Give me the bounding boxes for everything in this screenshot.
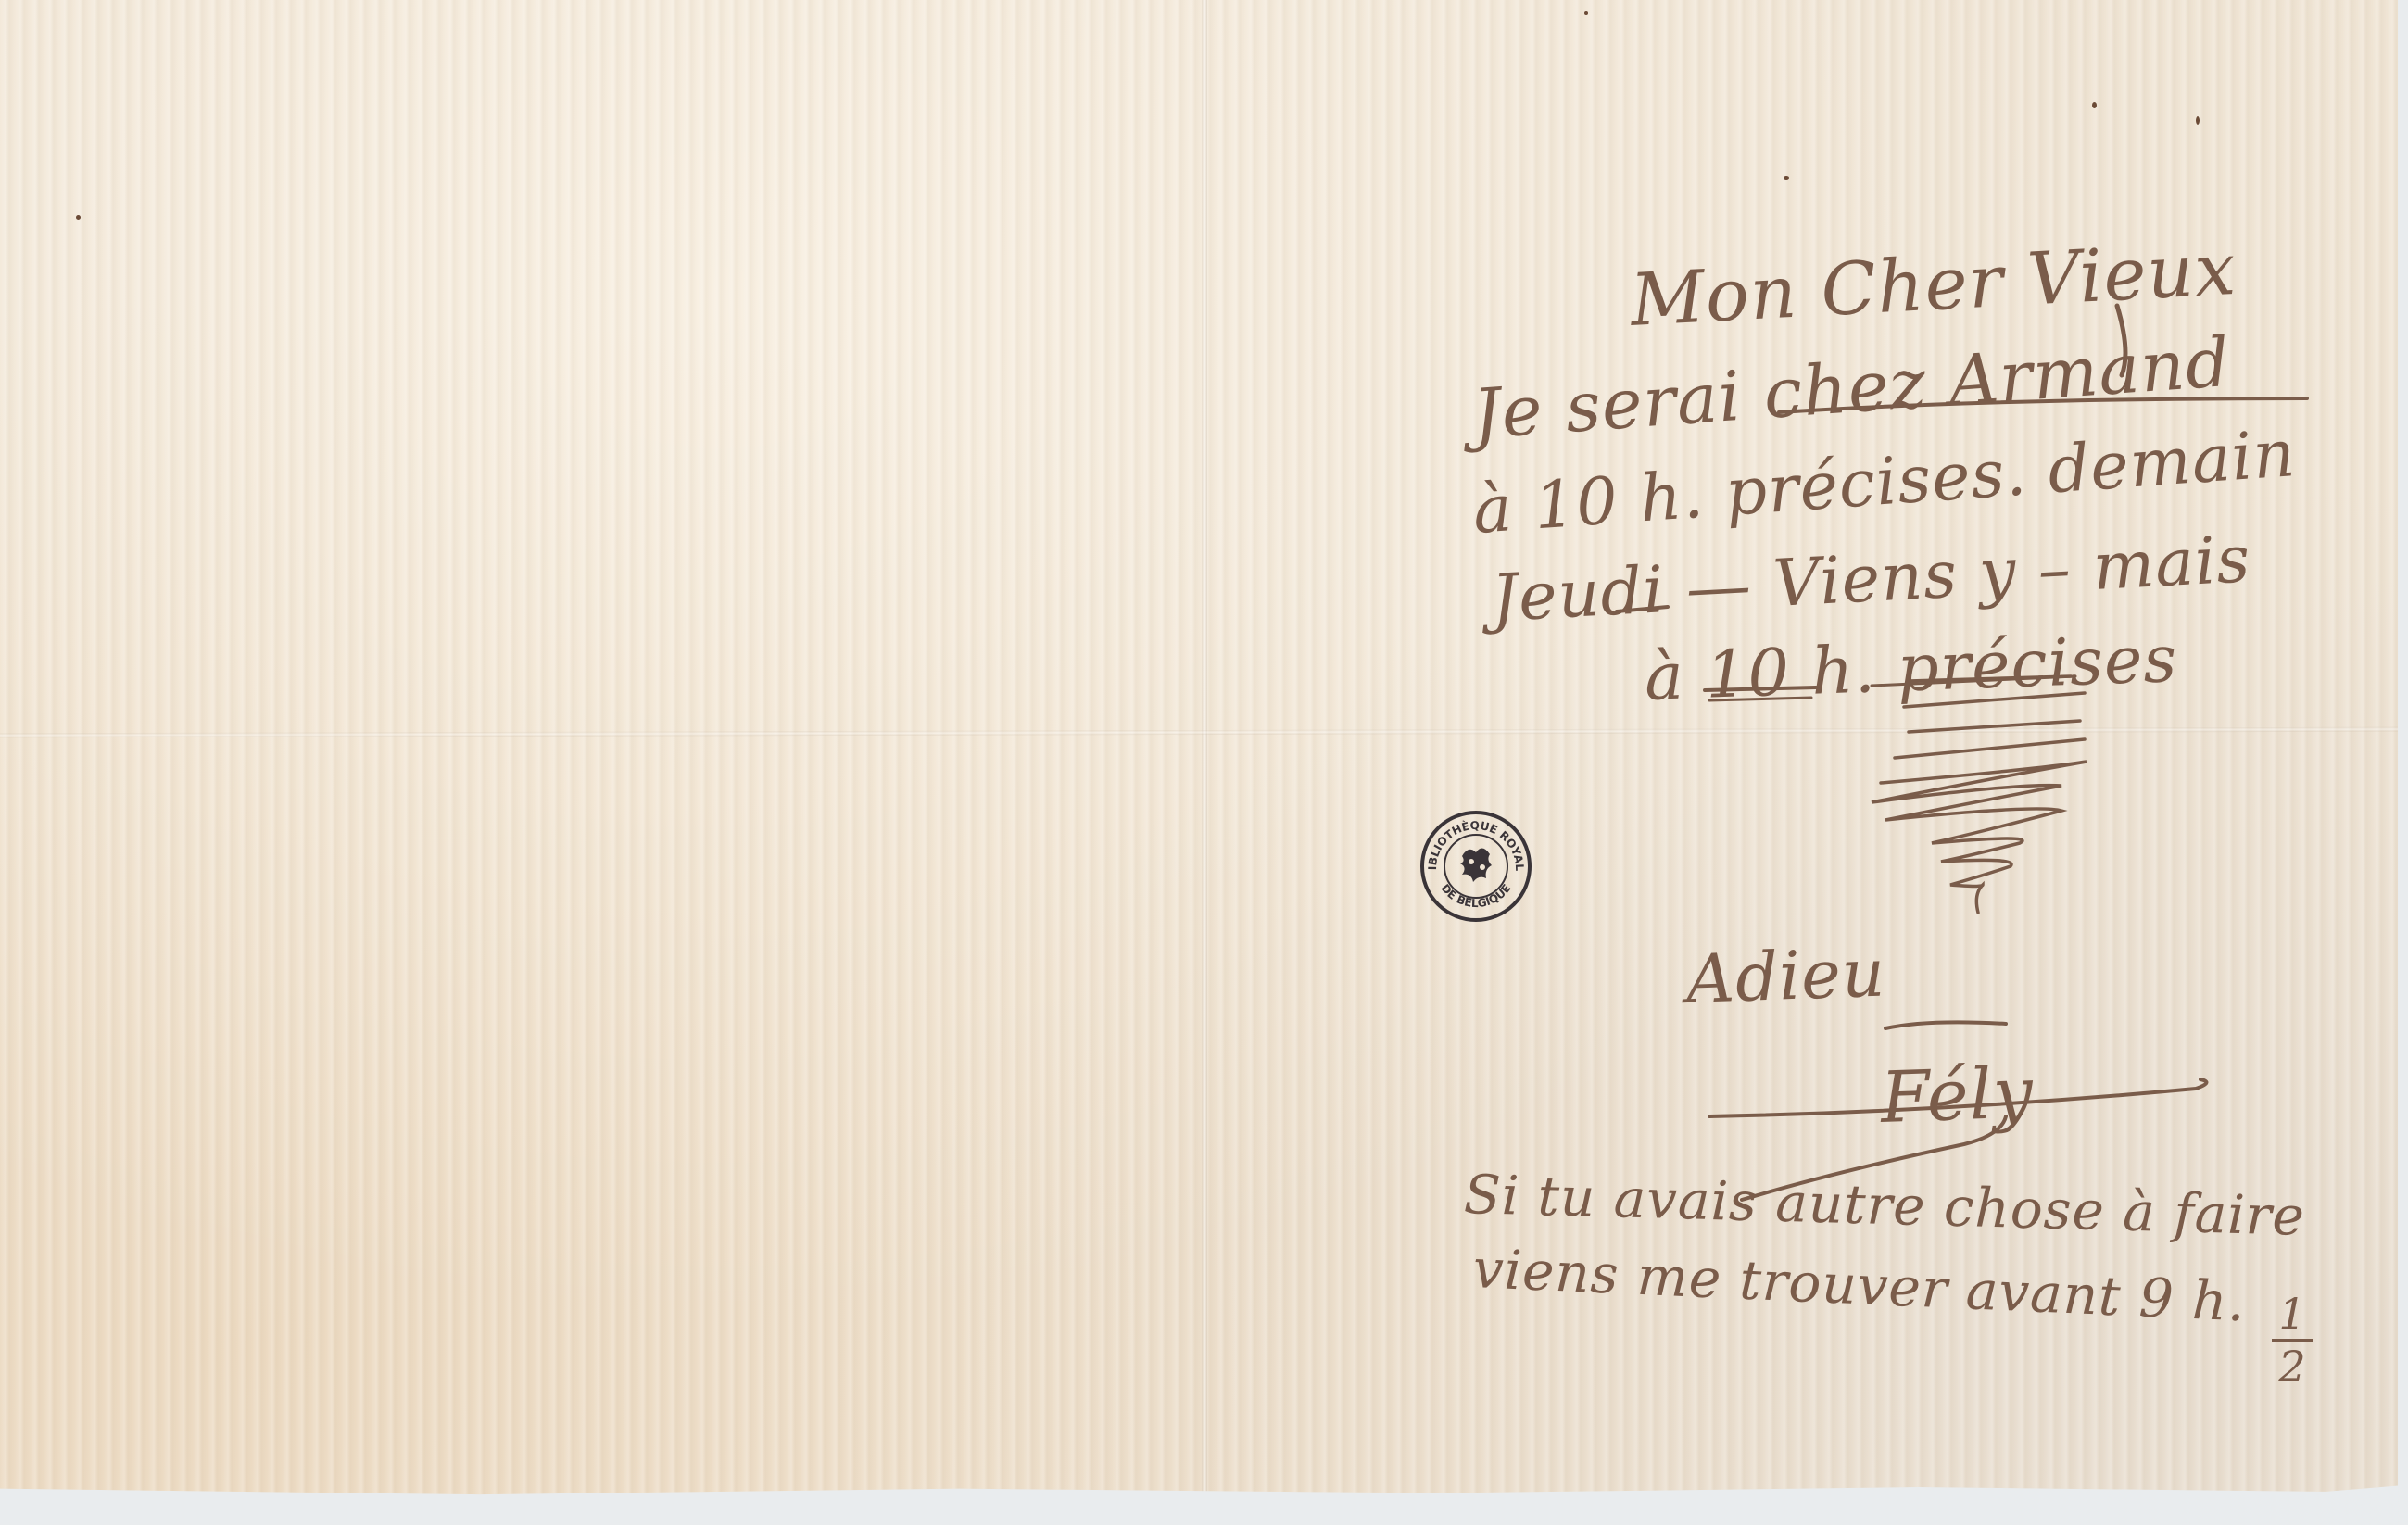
bibliotheque-royale-stamp-icon: BIBLIOTHÈQUE ROYALE DE BELGIQUE (1418, 808, 1534, 925)
postscript-line-2: viens me trouver avant 9 h. (1472, 1237, 2248, 1333)
fraction-numerator: 1 (2278, 1292, 2305, 1335)
lion-emblem-icon (1460, 848, 1492, 882)
scribble-funnel (1872, 676, 2087, 913)
ink-speck (76, 215, 81, 220)
ink-speck (2196, 116, 2200, 125)
letter-sheet: Mon Cher Vieux Je serai chez Armand à 10… (0, 0, 2398, 1499)
postscript-line-1: Si tu avais autre chose à faire (1463, 1163, 2306, 1248)
closing: Adieu (1685, 934, 1887, 1018)
postscript-half-fraction: 1 2 (2272, 1292, 2313, 1388)
ink-speck (2092, 102, 2097, 108)
library-stamp: BIBLIOTHÈQUE ROYALE DE BELGIQUE (1418, 808, 1534, 925)
salutation: Mon Cher Vieux (1629, 228, 2238, 343)
horizontal-fold-crease (0, 727, 2398, 738)
signature: Fély (1879, 1051, 2035, 1139)
fraction-denominator: 2 (2278, 1345, 2305, 1388)
vertical-fold-crease (1202, 0, 1207, 1499)
body-line-4: à 10 h. précises (1644, 621, 2179, 715)
ink-speck (1784, 176, 1789, 180)
ink-speck (1584, 11, 1588, 15)
svg-text:DE BELGIQUE: DE BELGIQUE (1439, 882, 1514, 911)
